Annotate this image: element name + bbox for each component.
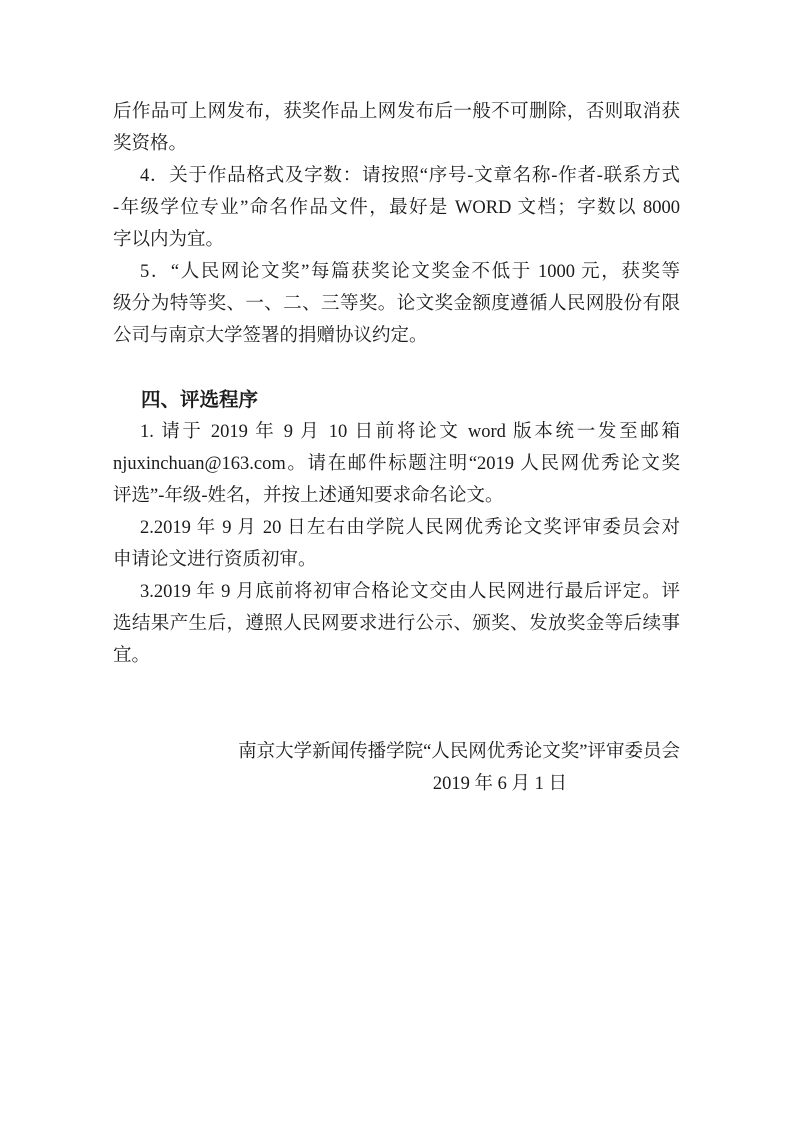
document-page: 后作品可上网发布，获奖作品上网发布后一般不可删除，否则取消获 奖资格。 4．关于… (0, 0, 793, 1122)
paragraph-line: -年级学位专业”命名作品文件，最好是 WORD 文档；字数以 8000 (113, 192, 680, 224)
paragraph-line: 公司与南京大学签署的捐赠协议约定。 (113, 320, 680, 352)
paragraph-line: 级分为特等奖、一、二、三等奖。论文奖金额度遵循人民网股份有限 (113, 288, 680, 320)
procedure-step-2: 2.2019 年 9 月 20 日左右由学院人民网优秀论文奖评审委员会对 申请论… (113, 512, 680, 576)
paragraph-publish: 后作品可上网发布，获奖作品上网发布后一般不可删除，否则取消获 奖资格。 (113, 96, 680, 160)
procedure-step-3: 3.2019 年 9 月底前将初审合格论文交由人民网进行最后评定。评 选结果产生… (113, 576, 680, 672)
signature-block: 南京大学新闻传播学院“人民网优秀论文奖”评审委员会 2019 年 6 月 1 日 (113, 736, 680, 800)
paragraph-format-item-4: 4．关于作品格式及字数：请按照“序号-文章名称-作者-联系方式 -年级学位专业”… (113, 160, 680, 256)
signature-date: 2019 年 6 月 1 日 (113, 768, 680, 800)
paragraph-line: 5．“人民网论文奖”每篇获奖论文奖金不低于 1000 元，获奖等 (113, 256, 680, 288)
paragraph-line: 申请论文进行资质初审。 (113, 544, 680, 576)
paragraph-line: 奖资格。 (113, 128, 680, 160)
signature-committee: 南京大学新闻传播学院“人民网优秀论文奖”评审委员会 (113, 736, 680, 768)
paragraph-line: 宜。 (113, 640, 680, 672)
paragraph-line: 4．关于作品格式及字数：请按照“序号-文章名称-作者-联系方式 (113, 160, 680, 192)
paragraph-line: 后作品可上网发布，获奖作品上网发布后一般不可删除，否则取消获 (113, 96, 680, 128)
procedure-step-1: 1. 请于 2019 年 9 月 10 日前将论文 word 版本统一发至邮箱 … (113, 416, 680, 512)
paragraph-line: 3.2019 年 9 月底前将初审合格论文交由人民网进行最后评定。评 (113, 576, 680, 608)
paragraph-line-email: njuxinchuan@163.com。请在邮件标题注明“2019 人民网优秀论… (113, 448, 680, 480)
paragraph-line: 1. 请于 2019 年 9 月 10 日前将论文 word 版本统一发至邮箱 (113, 416, 680, 448)
paragraph-line: 字以内为宜。 (113, 224, 680, 256)
paragraph-line: 2.2019 年 9 月 20 日左右由学院人民网优秀论文奖评审委员会对 (113, 512, 680, 544)
paragraph-line: 选结果产生后，遵照人民网要求进行公示、颁奖、发放奖金等后续事 (113, 608, 680, 640)
section-heading-evaluation-procedure: 四、评选程序 (113, 384, 680, 416)
paragraph-line: 评选”-年级-姓名，并按上述通知要求命名论文。 (113, 480, 680, 512)
paragraph-award-item-5: 5．“人民网论文奖”每篇获奖论文奖金不低于 1000 元，获奖等 级分为特等奖、… (113, 256, 680, 352)
